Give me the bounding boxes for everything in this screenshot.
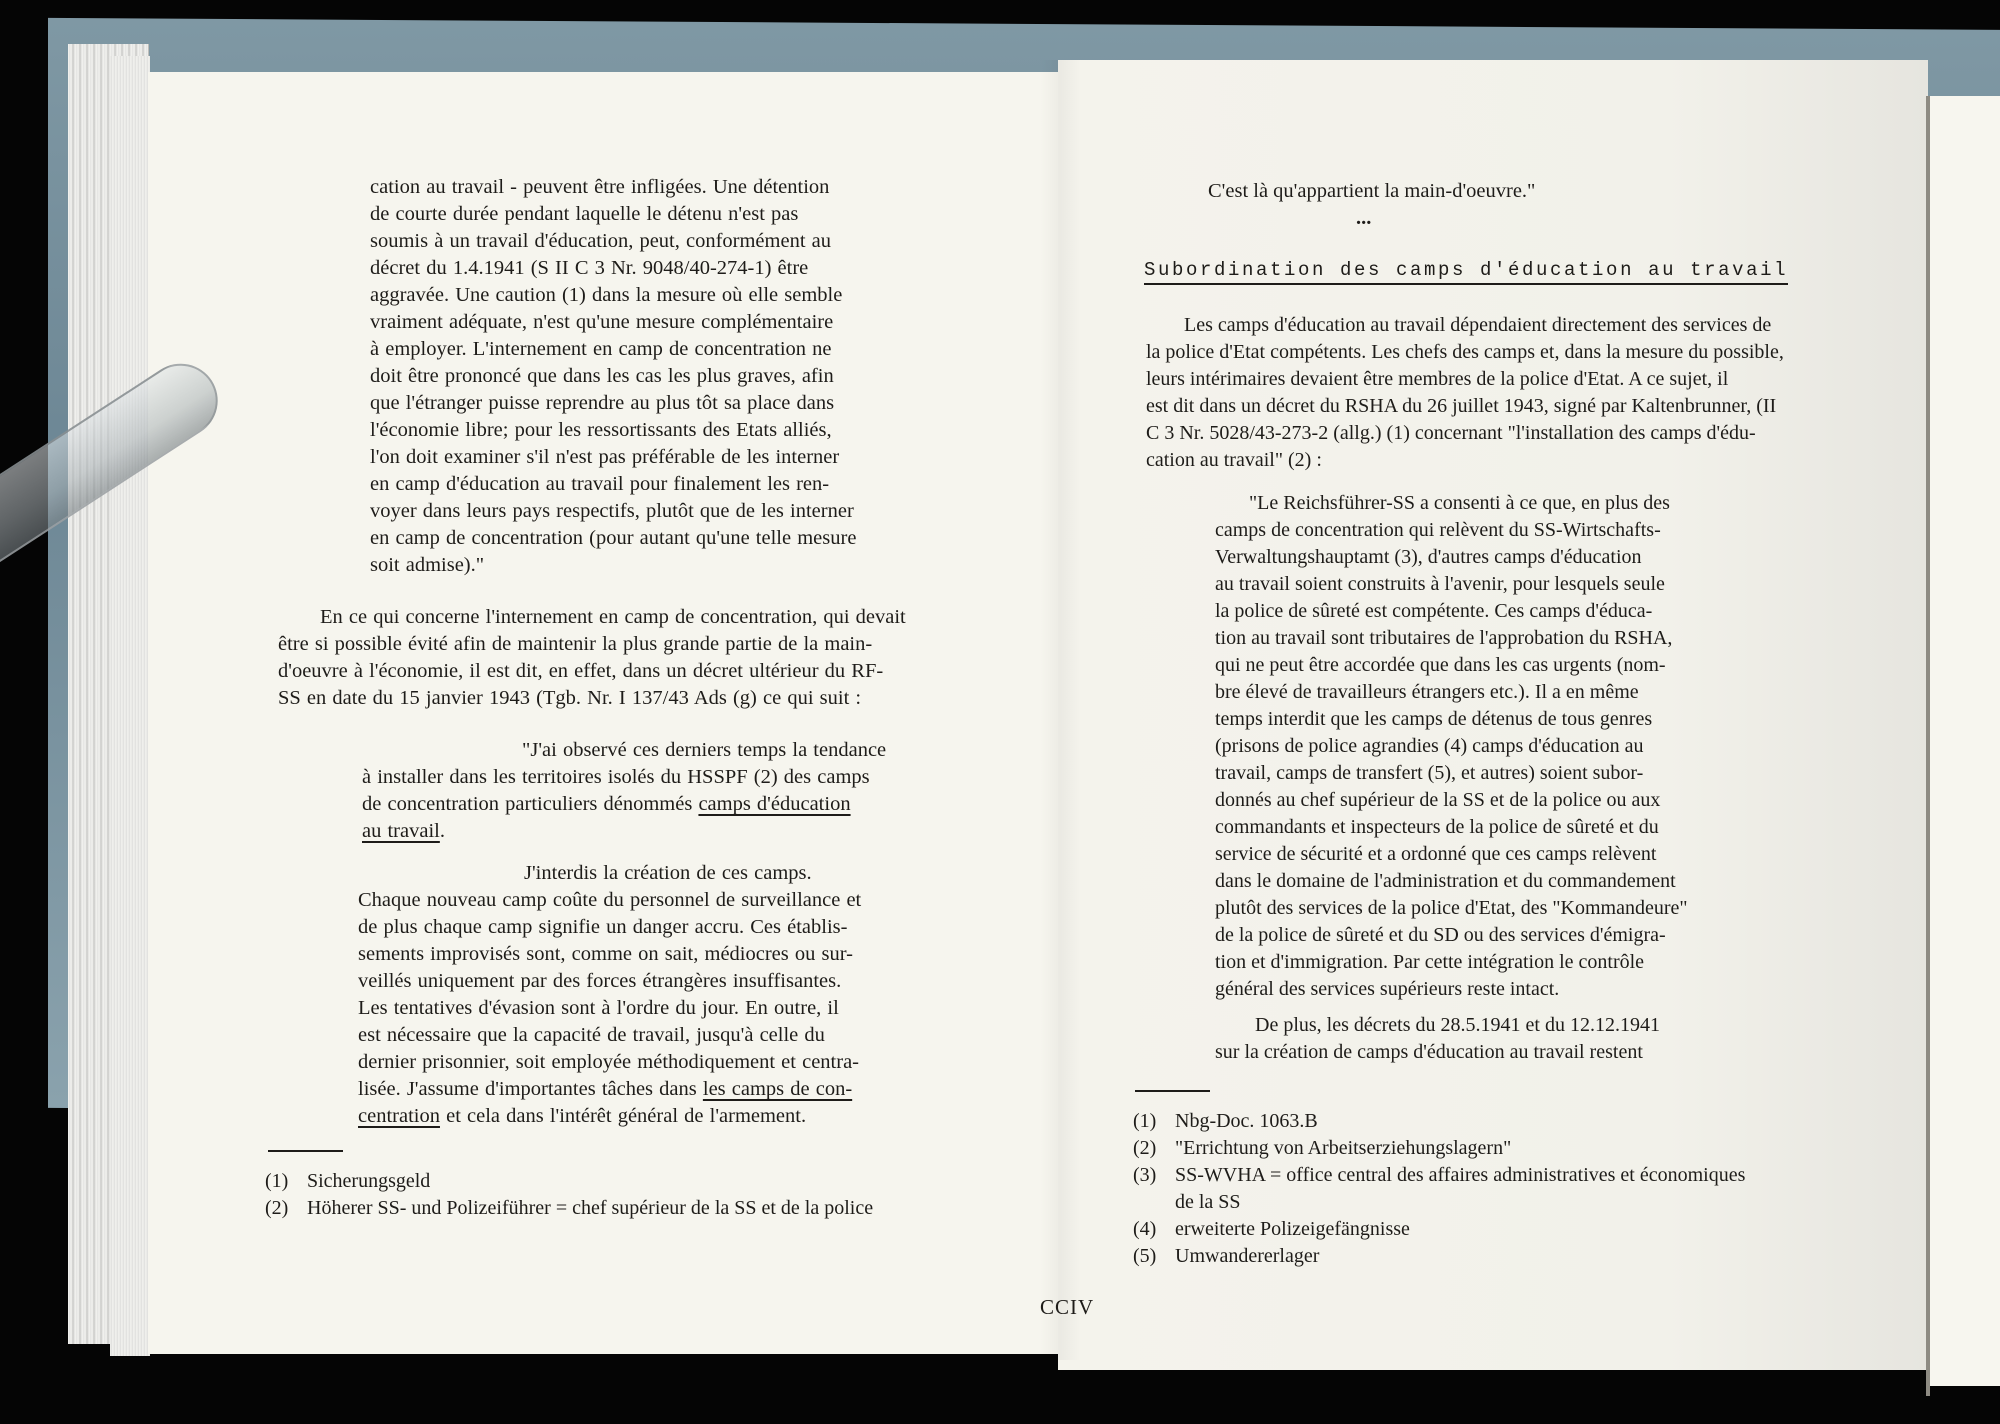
text-line: d'oeuvre à l'économie, il est dit, en ef… (278, 658, 906, 685)
text-run: et cela dans l'intérêt général de l'arme… (440, 1105, 806, 1127)
text-line: la police de sûreté est compétente. Ces … (1215, 598, 1688, 625)
text-line: soit admise)." (370, 552, 856, 579)
footnote: (2)"Errichtung von Arbeitserziehungslage… (1133, 1135, 1745, 1162)
text-line: C 3 Nr. 5028/43-273-2 (allg.) (1) concer… (1146, 420, 1784, 447)
text-line: bre élevé de travailleurs étrangers etc.… (1215, 679, 1688, 706)
text-line: donnés au chef supérieur de la SS et de … (1215, 787, 1688, 814)
footnote-text: Nbg-Doc. 1063.B (1175, 1110, 1318, 1132)
text-run: . (440, 820, 445, 842)
text-line: leurs intérimaires devaient être membres… (1146, 366, 1784, 393)
page-number: CCIV (1040, 1295, 1094, 1320)
text-run: de concentration particuliers dénommés (362, 793, 698, 815)
text-line: est nécessaire que la capacité de travai… (358, 1022, 861, 1049)
right-paragraph-2: De plus, les décrets du 28.5.1941 et du … (1215, 1012, 1660, 1066)
text-line: décret du 1.4.1941 (S II C 3 Nr. 9048/40… (370, 255, 856, 282)
footnote: (1)Nbg-Doc. 1063.B (1133, 1108, 1745, 1135)
text-line: camps de concentration qui relèvent du S… (1215, 517, 1688, 544)
text-line: dernier prisonnier, soit employée méthod… (358, 1049, 861, 1076)
text-run: lisée. J'assume d'importantes tâches dan… (358, 1078, 703, 1100)
text-line: à installer dans les territoires isolés … (362, 764, 886, 791)
text-line: veillés uniquement par des forces étrang… (358, 968, 861, 995)
footnote: (3)SS-WVHA = office central des affaires… (1133, 1162, 1745, 1216)
footnote-continuation: de la SS (1133, 1189, 1745, 1216)
footnote: (2)Höherer SS- und Polizeiführer = chef … (265, 1195, 873, 1222)
text-line: que l'étranger puisse reprendre au plus … (370, 390, 856, 417)
text-line: plutôt des services de la police d'Etat,… (1215, 895, 1688, 922)
text-line: Les tentatives d'évasion sont à l'ordre … (358, 995, 861, 1022)
right-quote: "Le Reichsführer-SS a consenti à ce que,… (1215, 490, 1688, 1003)
text-line: commandants et inspecteurs de la police … (1215, 814, 1688, 841)
text-line: en camp d'éducation au travail pour fina… (370, 471, 856, 498)
text-line: de la police de sûreté et du SD ou des s… (1215, 922, 1688, 949)
page-edges-inner (110, 56, 150, 1356)
footnote-number: (3) (1133, 1162, 1175, 1189)
text-line: à employer. L'internement en camp de con… (370, 336, 856, 363)
text-line: aggravée. Une caution (1) dans la mesure… (370, 282, 856, 309)
footnote-number: (2) (265, 1195, 307, 1222)
right-paragraph-1: Les camps d'éducation au travail dépenda… (1146, 312, 1784, 474)
text-line: C'est là qu'appartient la main-d'oeuvre.… (1208, 178, 1535, 205)
text-line: En ce qui concerne l'internement en camp… (278, 604, 906, 631)
text-line: tion au travail sont tributaires de l'ap… (1215, 625, 1688, 652)
text-line: voyer dans leurs pays respectifs, plutôt… (370, 498, 856, 525)
underlined-text: camps d'éducation (698, 793, 850, 815)
text-line: de concentration particuliers dénommés c… (362, 791, 886, 818)
text-line: centration et cela dans l'intérêt généra… (358, 1103, 861, 1130)
text-line: (prisons de police agrandies (4) camps d… (1215, 733, 1688, 760)
text-line: être si possible évité afin de maintenir… (278, 631, 906, 658)
text-line: en camp de concentration (pour autant qu… (370, 525, 856, 552)
text-line: SS en date du 15 janvier 1943 (Tgb. Nr. … (278, 685, 906, 712)
text-line: cation au travail" (2) : (1146, 447, 1784, 474)
text-line: travail, camps de transfert (5), et autr… (1215, 760, 1688, 787)
footnote: (5)Umwandererlager (1133, 1243, 1745, 1270)
footnote-text: Umwandererlager (1175, 1245, 1319, 1267)
text-line: "J'ai observé ces derniers temps la tend… (362, 737, 886, 764)
text-line: au travail. (362, 818, 886, 845)
text-line: cation au travail - peuvent être infligé… (370, 174, 856, 201)
footnote-number: (2) (1133, 1135, 1175, 1162)
footnote-number: (1) (1133, 1108, 1175, 1135)
footnote-text: Höherer SS- und Polizeiführer = chef sup… (307, 1197, 873, 1219)
text-line: vraiment adéquate, n'est qu'une mesure c… (370, 309, 856, 336)
footnote-text: erweiterte Polizeigefängnisse (1175, 1218, 1410, 1240)
left-footnotes: (1)Sicherungsgeld (2)Höherer SS- und Pol… (265, 1168, 873, 1222)
footnote-text: SS-WVHA = office central des affaires ad… (1175, 1164, 1745, 1186)
footnote: (4)erweiterte Polizeigefängnisse (1133, 1216, 1745, 1243)
text-line: l'économie libre; pour les ressortissant… (370, 417, 856, 444)
right-footnotes: (1)Nbg-Doc. 1063.B (2)"Errichtung von Ar… (1133, 1108, 1745, 1270)
text-line: tion et d'immigration. Par cette intégra… (1215, 949, 1688, 976)
left-paragraph-2: En ce qui concerne l'internement en camp… (278, 604, 906, 712)
text-line: doit être prononcé que dans les cas les … (370, 363, 856, 390)
text-line: Chaque nouveau camp coûte du personnel d… (358, 887, 861, 914)
text-line: sur la création de camps d'éducation au … (1215, 1039, 1660, 1066)
footnote-text: Sicherungsgeld (307, 1170, 430, 1192)
left-quote-1: "J'ai observé ces derniers temps la tend… (362, 737, 886, 845)
text-line: service de sécurité et a ordonné que ces… (1215, 841, 1688, 868)
footnote: (1)Sicherungsgeld (265, 1168, 873, 1195)
text-line: De plus, les décrets du 28.5.1941 et du … (1215, 1012, 1660, 1039)
text-line: temps interdit que les camps de détenus … (1215, 706, 1688, 733)
ellipsis: ... (1208, 205, 1535, 232)
text-line: de plus chaque camp signifie un danger a… (358, 914, 861, 941)
text-line: l'on doit examiner s'il n'est pas préfér… (370, 444, 856, 471)
right-opening: C'est là qu'appartient la main-d'oeuvre.… (1208, 178, 1535, 232)
text-line: la police d'Etat compétents. Les chefs d… (1146, 339, 1784, 366)
footnote-rule-right (1135, 1090, 1210, 1092)
footnote-number: (5) (1133, 1243, 1175, 1270)
underlined-text: au travail (362, 820, 440, 842)
text-line: général des services supérieurs reste in… (1215, 976, 1688, 1003)
underlined-text: les camps de con- (703, 1078, 852, 1100)
book-gutter (1040, 60, 1080, 1360)
text-line: soumis à un travail d'éducation, peut, c… (370, 228, 856, 255)
text-line: lisée. J'assume d'importantes tâches dan… (358, 1076, 861, 1103)
left-block-1: cation au travail - peuvent être infligé… (370, 174, 856, 579)
next-page-edge (1930, 96, 2000, 1386)
text-line: Verwaltungshauptamt (3), d'autres camps … (1215, 544, 1688, 571)
footnote-number: (4) (1133, 1216, 1175, 1243)
text-line: de courte durée pendant laquelle le déte… (370, 201, 856, 228)
text-line: est dit dans un décret du RSHA du 26 jui… (1146, 393, 1784, 420)
underlined-text: centration (358, 1105, 440, 1127)
section-heading: Subordination des camps d'éducation au t… (1144, 259, 1788, 285)
text-line: J'interdis la création de ces camps. (358, 860, 861, 887)
text-line: sements improvisés sont, comme on sait, … (358, 941, 861, 968)
footnote-rule-left (268, 1150, 343, 1152)
footnote-number: (1) (265, 1168, 307, 1195)
text-line: Les camps d'éducation au travail dépenda… (1146, 312, 1784, 339)
footnote-text: "Errichtung von Arbeitserziehungslagern" (1175, 1137, 1511, 1159)
text-line: au travail soient construits à l'avenir,… (1215, 571, 1688, 598)
left-quote-2: J'interdis la création de ces camps. Cha… (358, 860, 861, 1130)
text-line: qui ne peut être accordée que dans les c… (1215, 652, 1688, 679)
text-line: "Le Reichsführer-SS a consenti à ce que,… (1215, 490, 1688, 517)
text-line: dans le domaine de l'administration et d… (1215, 868, 1688, 895)
